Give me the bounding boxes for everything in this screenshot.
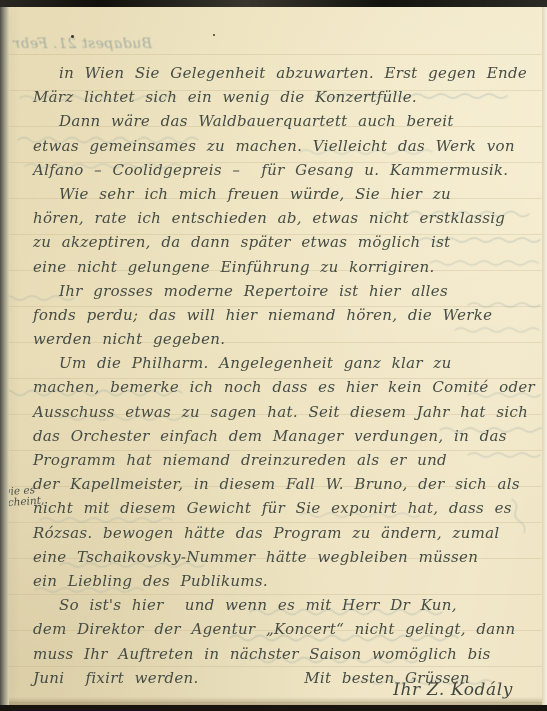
handwritten-line: eine Tschaikovsky-Nummer hätte wegbleibe… xyxy=(33,545,539,569)
letter-lines: in Wien Sie Gelegenheit abzuwarten. Erst… xyxy=(33,61,539,690)
handwritten-line: Ihr grosses moderne Repertoire ist hier … xyxy=(33,279,539,303)
ink-speck xyxy=(71,35,74,38)
handwritten-line: Dann wäre das Waldbauerquartett auch ber… xyxy=(33,109,539,133)
handwritten-line: Ausschuss etwas zu sagen hat. Seit diese… xyxy=(33,400,539,424)
handwritten-line: etwas gemeinsames zu machen. Vielleicht … xyxy=(33,134,539,158)
handwritten-line: Wie sehr ich mich freuen würde, Sie hier… xyxy=(33,182,539,206)
page-edge-right xyxy=(542,7,547,705)
letter-scan: Budapest 21. Febr in Wien Sie Gelegenhei… xyxy=(0,0,547,711)
handwritten-line: zu akzeptiren, da dann später etwas mögl… xyxy=(33,230,539,254)
handwritten-line: Programm hat niemand dreinzureden als er… xyxy=(33,448,539,472)
handwritten-line: nicht mit diesem Gewicht für Sie exponir… xyxy=(33,496,539,520)
scan-edge-top xyxy=(0,0,547,7)
handwritten-line: dem Direktor der Agentur „Koncert“ nicht… xyxy=(33,617,539,641)
scan-edge-bottom xyxy=(0,705,547,711)
handwritten-line: der Kapellmeister, in diesem Fall W. Bru… xyxy=(33,472,539,496)
handwritten-line: das Orchester einfach dem Manager verdun… xyxy=(33,424,539,448)
page-edge-left xyxy=(0,7,9,705)
handwritten-line: Alfano – Coolidgepreis – für Gesang u. K… xyxy=(33,158,539,182)
handwritten-line: ein Liebling des Publikums. xyxy=(33,569,539,593)
handwritten-line: Rózsas. bewogen hätte das Program zu änd… xyxy=(33,521,539,545)
ink-speck xyxy=(213,34,215,36)
bottom-shadow xyxy=(0,697,547,705)
handwritten-line: fonds perdu; das will hier niemand hören… xyxy=(33,303,539,327)
handwritten-line: So ist's hier und wenn es mit Herr Dr Ku… xyxy=(33,593,539,617)
handwritten-line: Um die Philharm. Angelegenheit ganz klar… xyxy=(33,351,539,375)
handwritten-line: hören, rate ich entschieden ab, etwas ni… xyxy=(33,206,539,230)
handwritten-line: März lichtet sich ein wenig die Konzertf… xyxy=(33,85,539,109)
handwritten-line: in Wien Sie Gelegenheit abzuwarten. Erst… xyxy=(33,61,539,85)
handwritten-line: eine nicht gelungene Einführung zu korri… xyxy=(33,255,539,279)
handwritten-line: machen, bemerke ich noch dass es hier ke… xyxy=(33,375,539,399)
handwritten-line: werden nicht gegeben. xyxy=(33,327,539,351)
handwritten-line: muss Ihr Auftreten in nächster Saison wo… xyxy=(33,642,539,666)
